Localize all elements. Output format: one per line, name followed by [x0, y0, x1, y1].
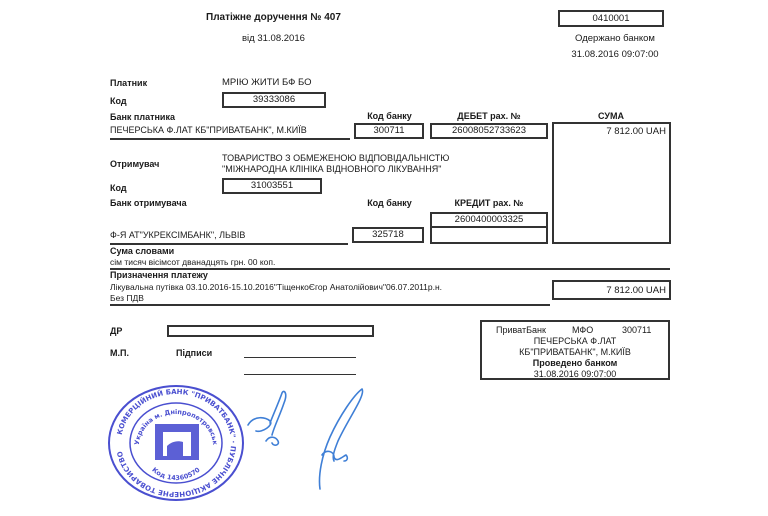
stamp-branch-line1: ПЕЧЕРСЬКА Ф.ЛАТ: [482, 336, 668, 346]
purpose-line1: Лікувальна путівка 03.10.2016-15.10.2016…: [110, 282, 442, 292]
purpose-amount-value: 7 812.00 UAH: [606, 285, 666, 296]
payer-bank-label: Банк платника: [110, 112, 175, 122]
recipient-bank-code-box: 325718: [352, 227, 424, 243]
payer-label: Платник: [110, 78, 147, 88]
stamp-mfo-value: 300711: [622, 325, 651, 335]
amount-box: 7 812.00 UAH: [552, 122, 671, 244]
amount-label: СУМА: [552, 111, 670, 121]
mp-label: М.П.: [110, 348, 129, 358]
stamp-processed-label: Проведено банком: [482, 358, 668, 368]
credit-account-label: КРЕДИТ рах. №: [430, 198, 548, 208]
payer-code-label: Код: [110, 96, 127, 106]
stamp-mfo-label: МФО: [572, 325, 593, 335]
credit-account-box-empty: [430, 226, 548, 244]
amount-words-value: сім тисяч вісімсот дванадцять грн. 00 ко…: [110, 257, 275, 267]
payer-bank-name: ПЕЧЕРСЬКА Ф.ЛАТ КБ"ПРИВАТБАНК", М.КИЇВ: [110, 125, 307, 135]
form-code-box: 0410001: [558, 10, 664, 27]
stamp-branch-line2: КБ"ПРИВАТБАНК", М.КИЇВ: [482, 347, 668, 357]
amount-words-label: Сума словами: [110, 246, 174, 256]
signature-icon: [244, 385, 369, 495]
debit-account-box: 26008052733623: [430, 123, 548, 139]
recipient-code-box: 31003551: [222, 178, 322, 194]
purpose-label: Призначення платежу: [110, 270, 208, 280]
payer-code-box: 39333086: [222, 92, 326, 108]
signatures-label: Підписи: [176, 348, 212, 358]
debit-account-label: ДЕБЕТ рах. №: [430, 111, 548, 121]
payer-bank-underline: [110, 138, 350, 140]
purpose-underline: [110, 304, 550, 306]
payer-name: МРІЮ ЖИТИ БФ БО: [222, 77, 312, 88]
payer-bank-code-label: Код банку: [352, 111, 427, 121]
received-label: Одержано банком: [540, 33, 690, 44]
stamp-bank-name: ПриватБанк: [496, 325, 546, 335]
signature-line-2: [244, 374, 356, 375]
document-date: від 31.08.2016: [242, 33, 305, 44]
bank-seal-icon: КОМЕРЦІЙНИЙ БАНК "ПРИВАТБАНК" · ПУБЛІЧНЕ…: [107, 384, 245, 502]
recipient-bank-label: Банк отримувача: [110, 198, 187, 208]
received-datetime: 31.08.2016 09:07:00: [540, 49, 690, 60]
bank-processed-stamp: ПриватБанк МФО 300711 ПЕЧЕРСЬКА Ф.ЛАТ КБ…: [480, 320, 670, 380]
dr-field: [167, 325, 374, 337]
recipient-bank-name: Ф-Я АТ"УКРЕКСІМБАНК", ЛЬВІВ: [110, 230, 245, 240]
signature-line-1: [244, 357, 356, 358]
recipient-name-line1: ТОВАРИСТВО З ОБМЕЖЕНОЮ ВІДПОВІДАЛЬНІСТЮ: [222, 153, 449, 163]
recipient-bank-code-label: Код банку: [352, 198, 427, 208]
dr-label: ДР: [110, 326, 122, 336]
purpose-amount-box: 7 812.00 UAH: [552, 280, 671, 300]
recipient-name-line2: "МІЖНАРОДНА КЛІНІКА ВІДНОВНОГО ЛІКУВАННЯ…: [222, 164, 441, 174]
stamp-processed-datetime: 31.08.2016 09:07:00: [482, 369, 668, 379]
document-title: Платіжне доручення № 407: [206, 12, 341, 23]
recipient-code-label: Код: [110, 183, 127, 193]
recipient-bank-underline: [110, 243, 348, 245]
recipient-label: Отримувач: [110, 159, 159, 169]
amount-value: 7 812.00 UAH: [606, 126, 666, 137]
payer-bank-code-box: 300711: [354, 123, 424, 139]
purpose-line2: Без ПДВ: [110, 293, 144, 303]
